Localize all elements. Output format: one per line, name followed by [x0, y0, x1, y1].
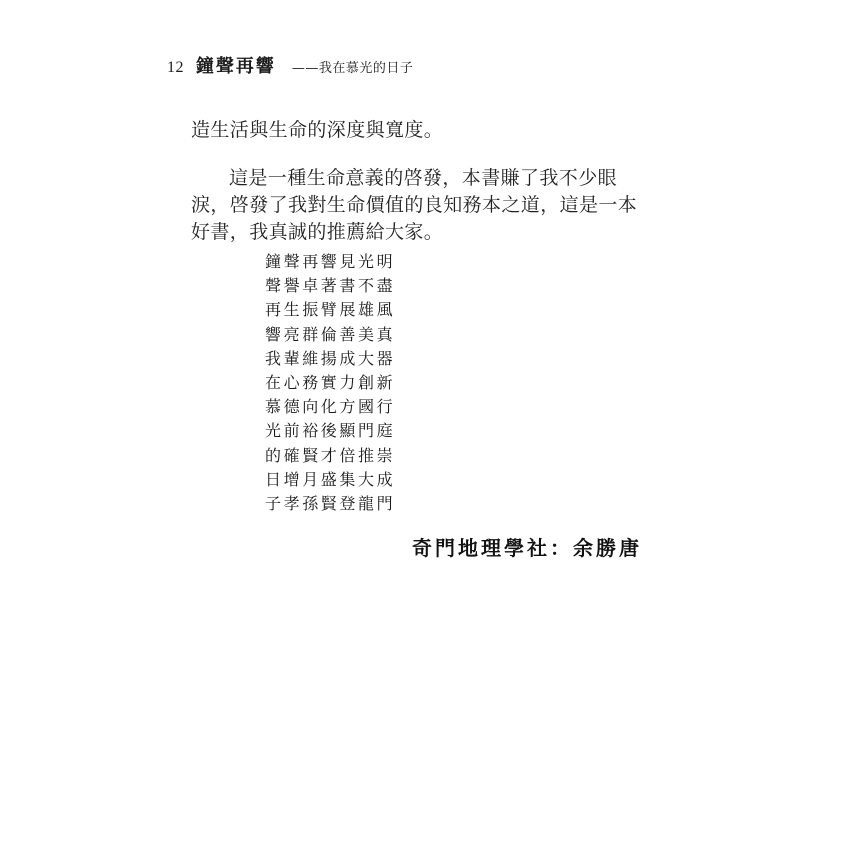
paragraph-2: 這是一種生命意義的啓發，本書賺了我不少眼淚，啓發了我對生命價值的良知務本之道，這…	[191, 165, 643, 246]
poem-line: 慕德向化方國行	[265, 395, 395, 419]
page-number: 12	[167, 59, 184, 76]
author-signature: 奇門地理學社：余勝唐	[412, 532, 642, 561]
book-title: 鐘聲再響	[196, 56, 276, 77]
poem-line: 鐘聲再響見光明	[265, 250, 395, 274]
poem-line: 在心務實力創新	[265, 371, 395, 395]
paragraph-1: 造生活與生命的深度與寬度。	[191, 117, 643, 144]
poem-line: 聲譽卓著書不盡	[265, 274, 395, 298]
poem-line: 響亮群倫善美真	[265, 323, 395, 347]
running-header: 12 鐘聲再響 ——我在慕光的日子	[167, 52, 413, 78]
poem-line: 光前裕後顯門庭	[265, 419, 395, 443]
poem-line: 的確賢才倍推崇	[265, 444, 395, 468]
book-subtitle: ——我在慕光的日子	[292, 61, 414, 76]
poem-line: 再生振臂展雄風	[265, 298, 395, 322]
acrostic-poem: 鐘聲再響見光明 聲譽卓著書不盡 再生振臂展雄風 響亮群倫善美真 我輩維揚成大器 …	[265, 250, 395, 516]
poem-line: 日增月盛集大成	[265, 468, 395, 492]
poem-line: 子孝孫賢登龍門	[265, 492, 395, 516]
book-page: 12 鐘聲再響 ——我在慕光的日子 造生活與生命的深度與寬度。 這是一種生命意義…	[0, 0, 850, 850]
poem-line: 我輩維揚成大器	[265, 347, 395, 371]
